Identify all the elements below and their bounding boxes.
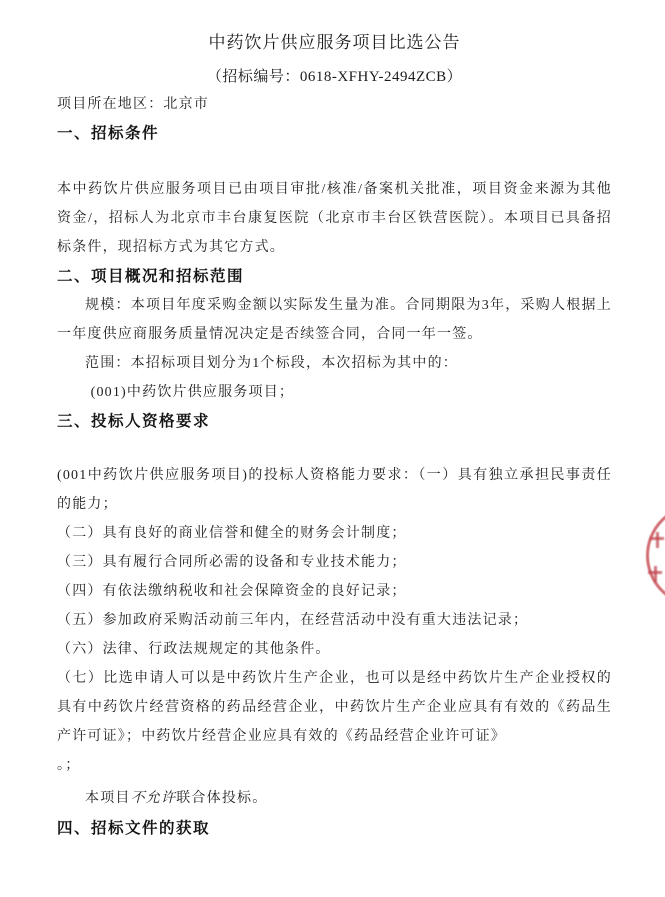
- qualification-item-5: （五）参加政府采购活动前三年内，在经营活动中没有重大违法记录；: [57, 606, 612, 635]
- scanned-document-page: 中药饮片供应服务项目比选公告 （招标编号：0618-XFHY-2494ZCB） …: [0, 0, 665, 897]
- joint-bid-prefix: 本项目: [85, 791, 131, 806]
- joint-bid-emphasis: 不允许: [131, 791, 177, 806]
- section-1-body: 本中药饮片供应服务项目已由项目审批/核准/备案机关批准，项目资金来源为其他资金/…: [57, 175, 612, 262]
- region-line: 项目所在地区：北京市: [57, 90, 612, 119]
- section-2-heading: 二、项目概况和招标范围: [57, 262, 612, 291]
- seal-glyph-fragment-icon: [648, 566, 662, 582]
- lot-line: (001)中药饮片供应服务项目；: [57, 378, 612, 407]
- qualification-item-2: （二）具有良好的商业信誉和健全的财务会计制度；: [57, 519, 612, 548]
- qualification-intro: (001中药饮片供应服务项目)的投标人资格能力要求：（一）具有独立承担民事责任的…: [57, 461, 612, 519]
- scale-paragraph: 规模：本项目年度采购金额以实际发生量为准。合同期限为3年，采购人根据上一年度供应…: [57, 291, 612, 349]
- joint-bid-line: 本项目不允许联合体投标。: [57, 784, 612, 813]
- joint-bid-suffix: 联合体投标。: [176, 791, 267, 806]
- qualification-item-4: （四）有依法缴纳税收和社会保障资金的良好记录；: [57, 577, 612, 606]
- document-title: 中药饮片供应服务项目比选公告: [57, 30, 612, 56]
- qualification-item-3: （三）具有履行合同所必需的设备和专业技术能力；: [57, 548, 612, 577]
- section-3-heading: 三、投标人资格要求: [57, 407, 612, 436]
- seal-glyph-fragment-icon: [650, 532, 664, 548]
- qualification-item-7: （七）比选申请人可以是中药饮片生产企业，也可以是经中药饮片生产企业授权的具有中药…: [57, 664, 612, 751]
- tender-number-line: （招标编号：0618-XFHY-2494ZCB）: [57, 64, 612, 90]
- document-body: 中药饮片供应服务项目比选公告 （招标编号：0618-XFHY-2494ZCB） …: [0, 0, 665, 843]
- scope-paragraph: 范围：本招标项目划分为1个标段，本次招标为其中的：: [57, 349, 612, 378]
- section-4-heading: 四、招标文件的获取: [57, 814, 612, 843]
- qualification-item-7-tail: 。；: [57, 751, 612, 780]
- qualification-item-6: （六）法律、行政法规规定的其他条件。: [57, 635, 612, 664]
- section-1-heading: 一、招标条件: [57, 119, 612, 148]
